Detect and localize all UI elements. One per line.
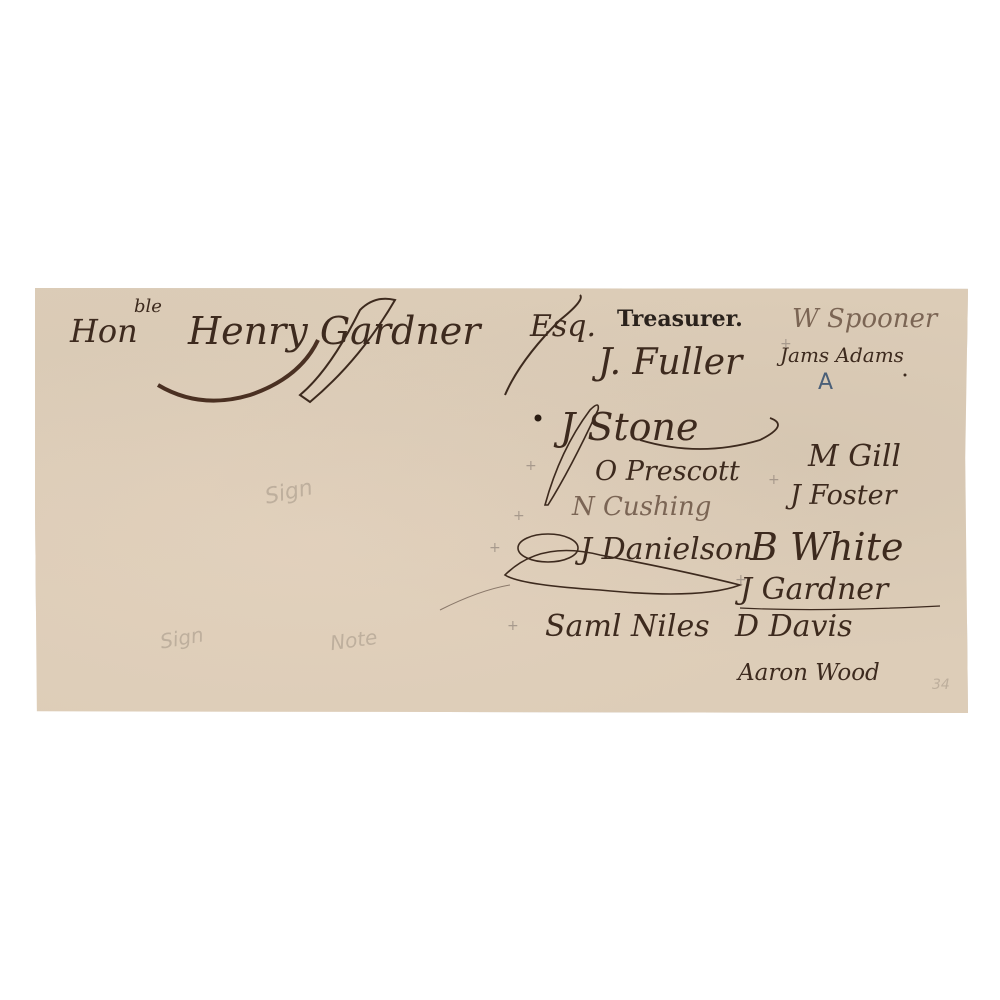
signature-foster: J Foster — [790, 482, 897, 509]
address-name: Henry Gardner — [188, 312, 480, 350]
pencil-note-3: Note — [329, 627, 379, 653]
signature-prescott: O Prescott — [595, 458, 740, 485]
cross-mark-icon: + — [507, 618, 519, 634]
cross-mark-icon: + — [780, 336, 792, 352]
blue-pencil-mark: A — [818, 370, 833, 395]
signature-stone: J Stone — [560, 408, 698, 446]
cross-mark-icon: + — [525, 458, 537, 474]
cross-mark-icon: + — [735, 572, 747, 588]
signature-danielson: J Danielson — [580, 535, 753, 565]
signature-adams: Jams Adams — [780, 345, 904, 365]
printed-title-treasurer: Treasurer. — [617, 306, 743, 332]
signature-niles: Saml Niles — [545, 612, 710, 642]
address-prefix: Hon — [70, 315, 138, 347]
signature-gill: M Gill — [808, 442, 901, 472]
corner-number-mark: 34 — [932, 678, 950, 692]
signature-davis: D Davis — [735, 612, 852, 642]
signature-spooner: W Spooner — [792, 306, 937, 332]
signature-white: B White — [750, 528, 903, 566]
signature-fuller: J. Fuller — [598, 345, 742, 381]
signature-cushing: N Cushing — [572, 494, 711, 520]
cross-mark-icon: + — [768, 472, 780, 488]
signature-wood: Aaron Wood — [738, 662, 880, 685]
address-superscript: ble — [134, 298, 162, 316]
signature-gardner: J Gardner — [740, 575, 888, 605]
cross-mark-icon: + — [513, 508, 525, 524]
address-suffix: Esq. — [530, 312, 596, 342]
cross-mark-icon: + — [489, 540, 501, 556]
